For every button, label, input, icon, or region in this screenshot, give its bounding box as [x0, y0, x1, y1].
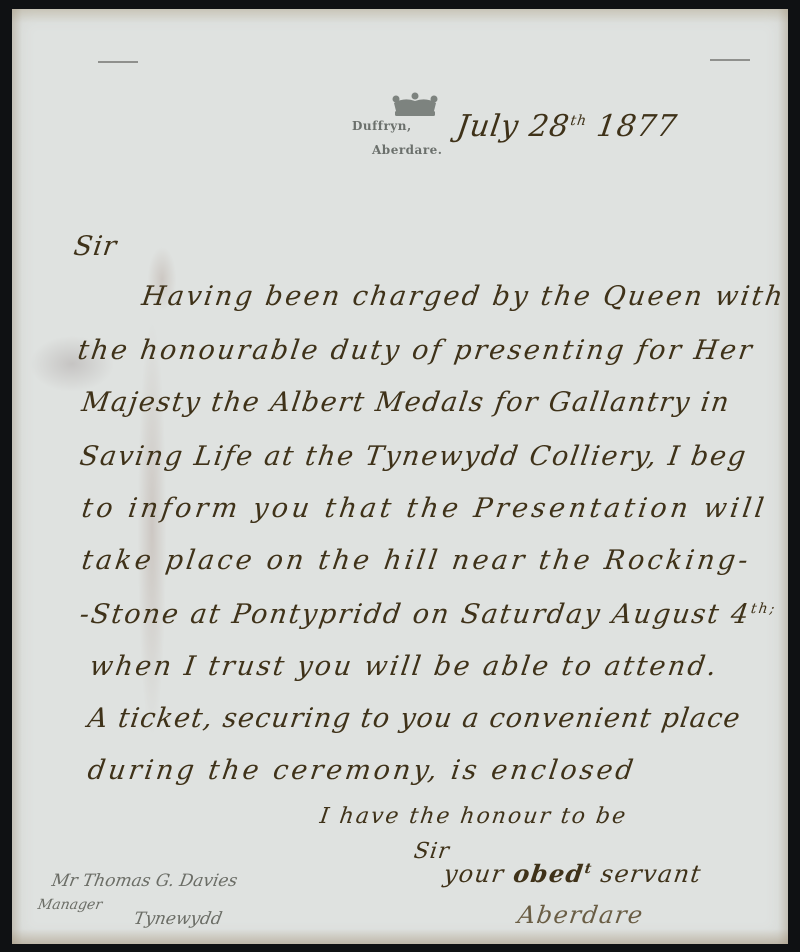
body-line-3: Majesty the Albert Medals for Gallantry …: [80, 387, 733, 418]
date-month-day: July 28: [455, 109, 573, 144]
body-line-5: to inform you that the Presentation will: [80, 493, 769, 524]
coronet-crest-icon: [390, 91, 440, 117]
fold-mark-left: [98, 61, 138, 63]
fold-mark-right: [710, 59, 750, 61]
letter-paper: Duffryn, Aberdare. July 28th 1877 Sir Ha…: [12, 9, 788, 944]
obedient-abbrev: obed: [512, 859, 587, 888]
closing-servant: servant: [599, 860, 704, 888]
addressee-title: Manager: [37, 897, 104, 913]
body-line-6: take place on the hill near the Rocking-: [80, 545, 753, 576]
date-suffix: th: [569, 113, 588, 129]
body-line-1: Having been charged by the Queen with: [140, 281, 787, 312]
body-line-10: during the ceremony, is enclosed: [86, 755, 638, 786]
salutation: Sir: [72, 231, 119, 262]
addressee-place: Tynewydd: [132, 909, 223, 929]
body-line-4: Saving Life at the Tynewydd Colliery, I …: [78, 441, 749, 472]
august-suffix: th;: [750, 601, 778, 617]
body-line-9: A ticket, securing to you a convenient p…: [86, 703, 743, 734]
addressee-line-1: Mr Thomas G. Davies: [50, 871, 239, 891]
body-line-8: when I trust you will be able to attend.: [88, 651, 721, 682]
body-line-2: the honourable duty of presenting for He…: [76, 335, 756, 366]
date-year: 1877: [594, 109, 679, 144]
body-line-7-text: -Stone at Pontypridd on Saturday August …: [78, 599, 753, 630]
closing-your: your: [442, 860, 506, 888]
letterhead-line1: Duffryn,: [352, 119, 412, 133]
letterhead-line2: Aberdare.: [372, 143, 442, 157]
obedient-sup: t: [584, 861, 594, 877]
date: July 28th 1877: [455, 109, 680, 144]
closing-line-1: I have the honour to be: [318, 804, 629, 829]
signature: Aberdare: [516, 901, 646, 929]
closing-obedient: obedt: [512, 859, 594, 888]
body-line-7: -Stone at Pontypridd on Saturday August …: [78, 599, 778, 630]
closing-line-3: your obedt servant: [442, 859, 704, 888]
